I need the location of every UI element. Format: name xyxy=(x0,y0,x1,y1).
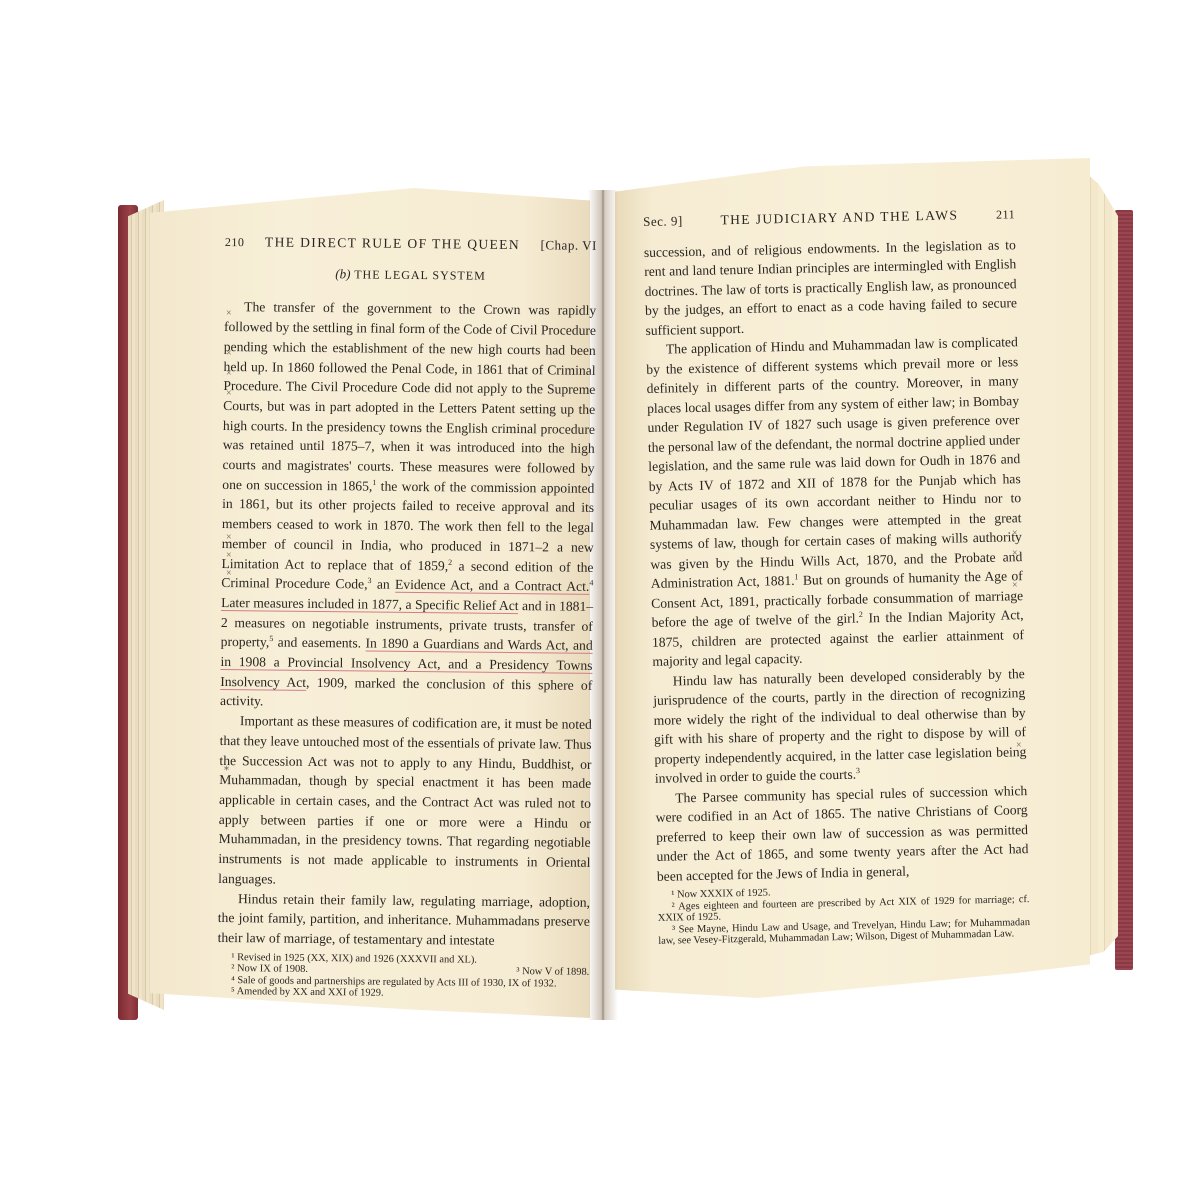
pencil-mark: × xyxy=(226,532,232,543)
left-page-text: 210 THE DIRECT RULE OF THE QUEEN [Chap. … xyxy=(217,232,597,1002)
pencil-mark: × xyxy=(226,388,232,399)
pencil-mark: × xyxy=(1012,580,1018,591)
section-letter: (b) xyxy=(335,266,350,281)
paragraph: The application of Hindu and Muhammadan … xyxy=(646,332,1025,671)
footnote: ² Now IX of 1908. xyxy=(217,963,308,976)
pencil-mark: × xyxy=(226,568,232,579)
paragraph: Hindus retain their family law, regulati… xyxy=(218,888,591,951)
footnotes: ¹ Revised in 1925 (XX, XIX) and 1926 (XX… xyxy=(217,952,589,1002)
paragraph: The transfer of the government to the Cr… xyxy=(220,297,596,715)
section-label: Sec. 9] xyxy=(643,211,683,231)
pencil-mark: × xyxy=(226,308,232,319)
paragraph: The Parsee community has special rules o… xyxy=(655,781,1029,886)
open-book: 210 THE DIRECT RULE OF THE QUEEN [Chap. … xyxy=(0,0,1200,1200)
footnote: ³ Now V of 1898. xyxy=(502,966,589,979)
pencil-mark: × xyxy=(1016,740,1022,751)
paragraph: Hindu law has naturally been developed c… xyxy=(653,664,1027,789)
chapter-label: [Chap. VI xyxy=(540,235,596,255)
paragraph: Important as these measures of codificat… xyxy=(218,711,592,892)
paragraph: succession, and of religious endowments.… xyxy=(644,235,1018,340)
section-title: THE LEGAL SYSTEM xyxy=(354,267,486,282)
running-title: THE JUDICIARY AND THE LAWS xyxy=(720,205,958,229)
footnote-ref: 4 xyxy=(589,579,593,588)
page-number: 211 xyxy=(996,205,1015,225)
pencil-mark: ⁎ xyxy=(224,762,229,773)
page-number: 210 xyxy=(225,233,245,253)
right-page-text: Sec. 9] THE JUDICIARY AND THE LAWS 211 s… xyxy=(643,204,1030,948)
pencil-underline: Evidence Act, and a Contract Act. xyxy=(395,577,589,595)
pencil-mark: × xyxy=(226,348,232,359)
pencil-mark: × xyxy=(1012,528,1018,539)
pencil-mark: × xyxy=(1014,708,1020,719)
pencil-mark: × xyxy=(1012,548,1018,559)
footnote-ref: 3 xyxy=(856,766,860,775)
footnotes: ¹ Now XXXIX of 1925. ² Ages eighteen and… xyxy=(657,882,1030,948)
pencil-mark: × xyxy=(226,550,232,561)
running-title: THE DIRECT RULE OF THE QUEEN xyxy=(265,232,520,254)
left-running-head: 210 THE DIRECT RULE OF THE QUEEN [Chap. … xyxy=(225,232,597,257)
section-heading: (b) THE LEGAL SYSTEM xyxy=(224,263,596,288)
pencil-mark: × xyxy=(226,368,232,379)
